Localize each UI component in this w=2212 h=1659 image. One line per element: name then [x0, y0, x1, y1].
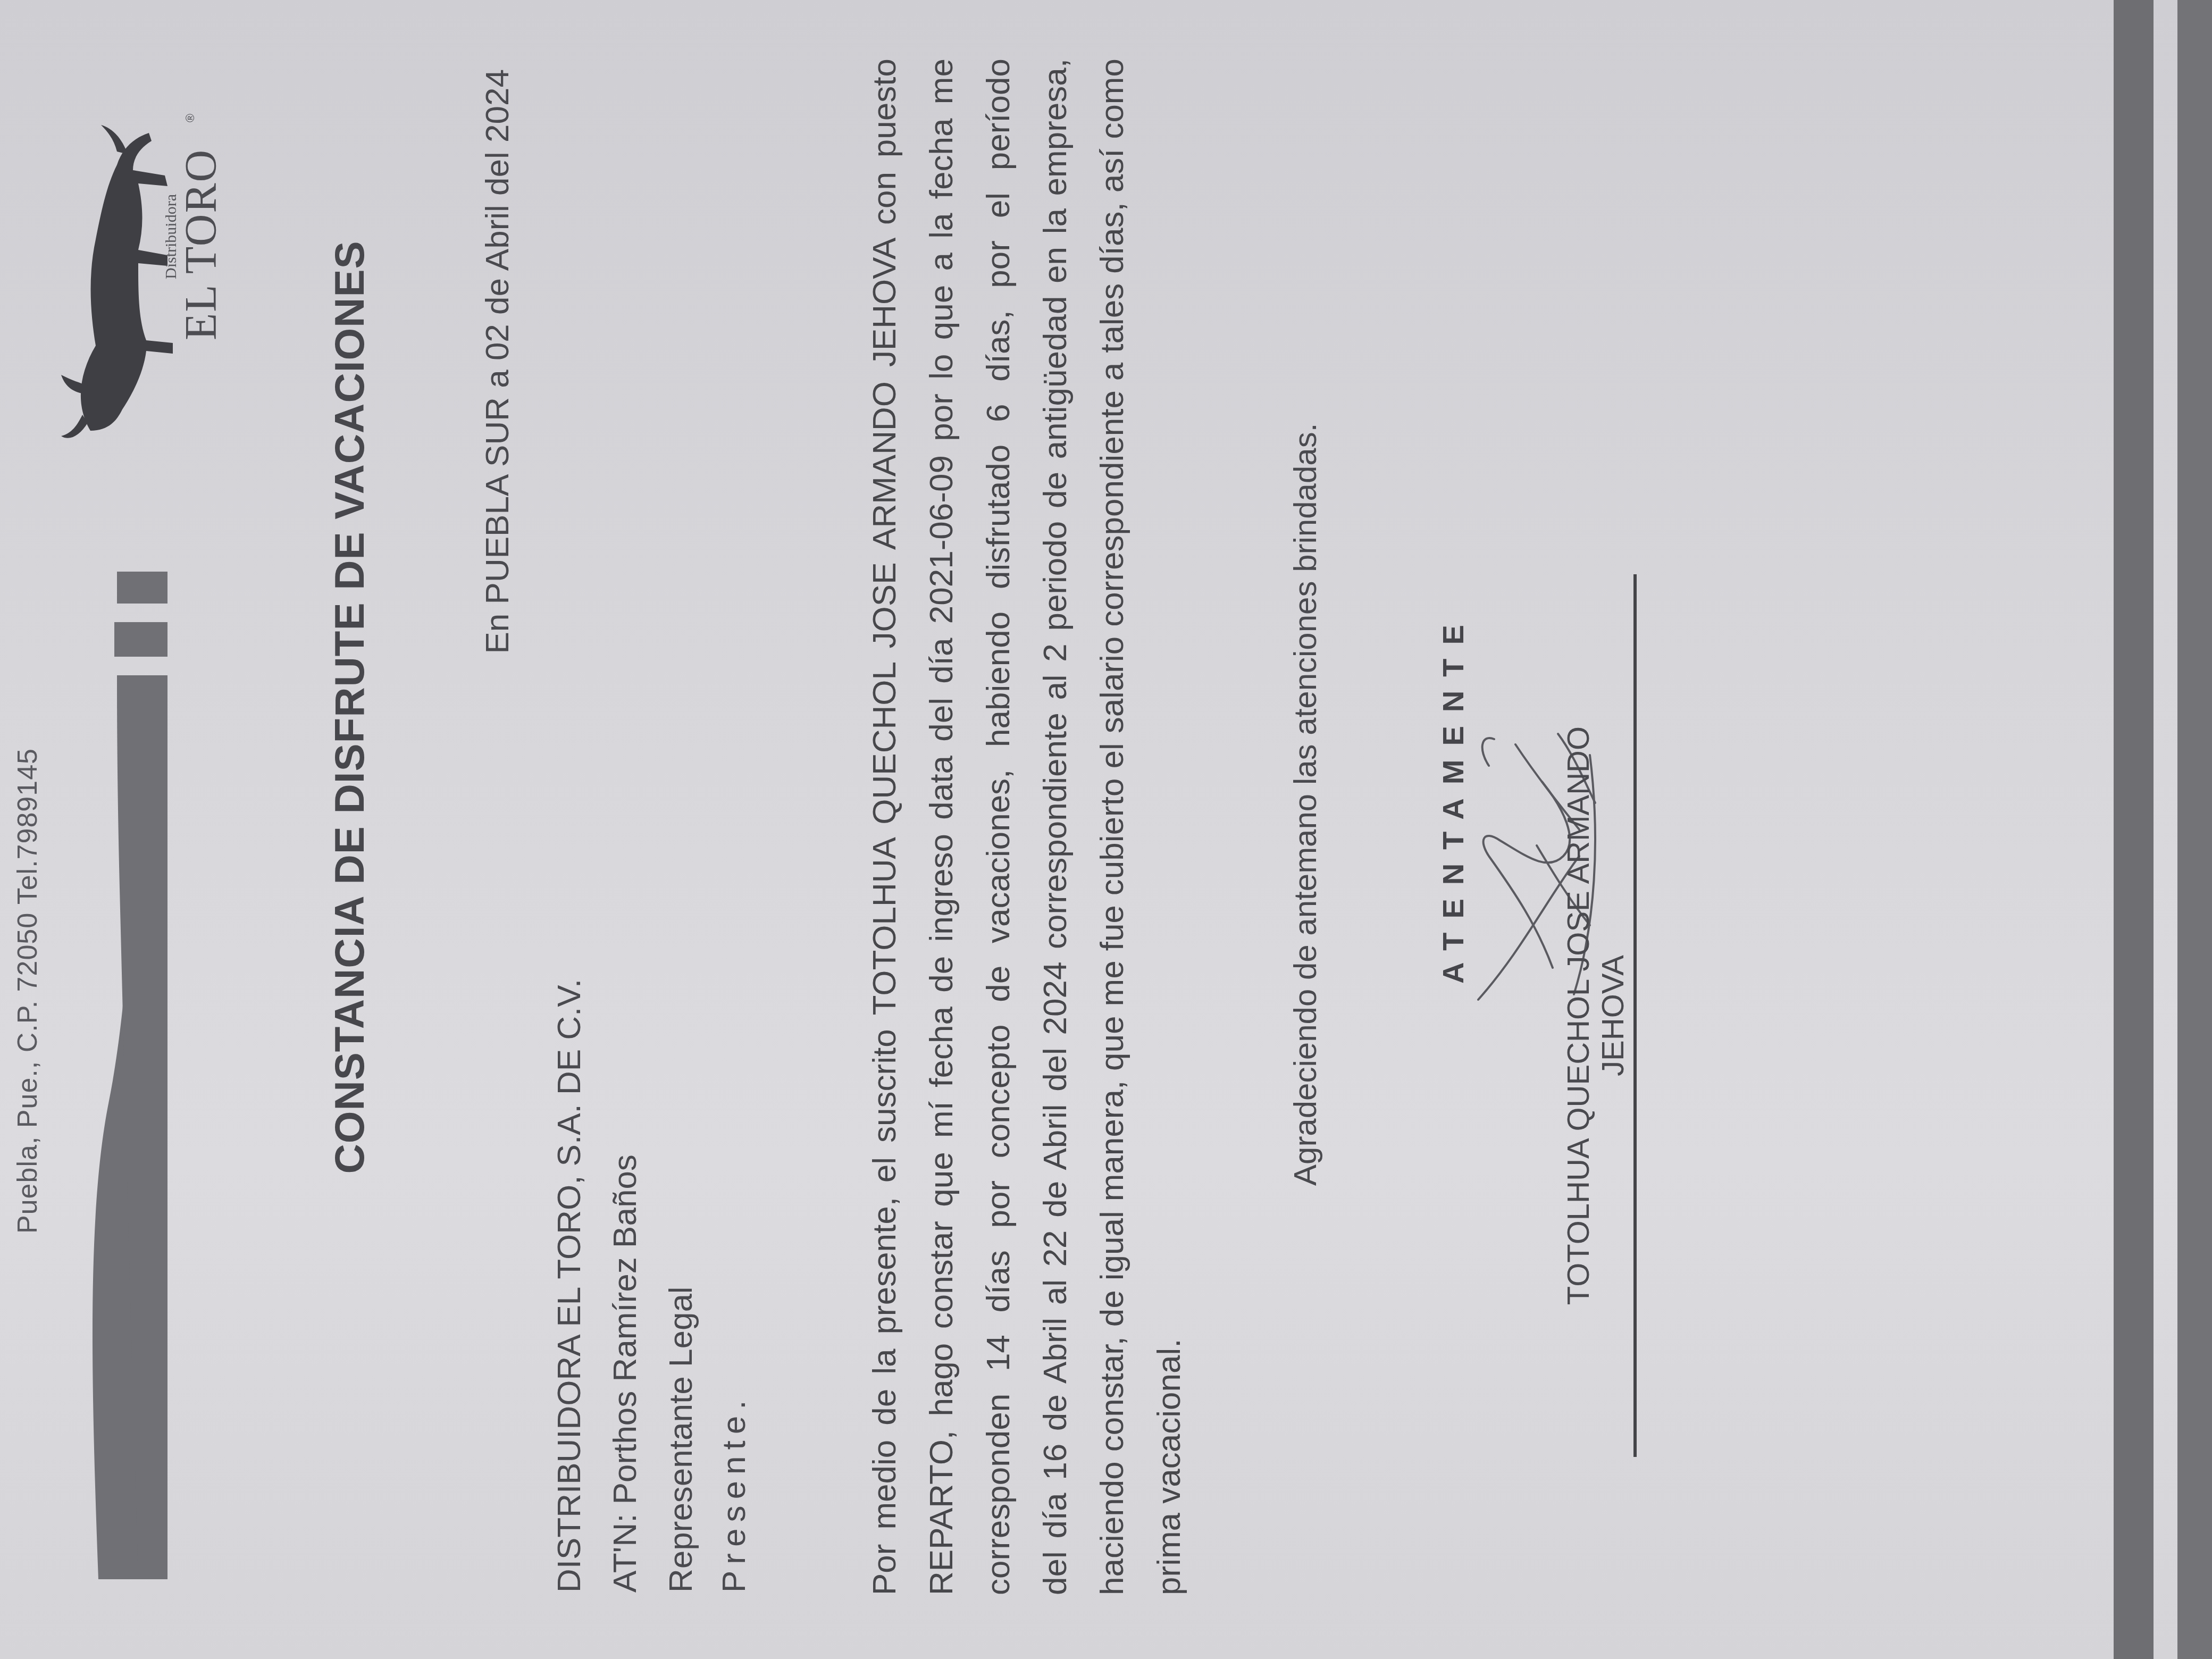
- footer-stripe: [2114, 0, 2154, 1659]
- body-line: haciendo constar, de igual manera, que m…: [1084, 58, 1141, 1595]
- body-line: prima vacacional.: [1141, 58, 1197, 1595]
- addressee-attention: AT'N: Porthos Ramírez Baños: [606, 1154, 644, 1593]
- logo-wordmark: EL TORO: [175, 149, 227, 340]
- footer-stripe: [2177, 0, 2212, 1659]
- letterhead-decorative-bar: [88, 463, 167, 1579]
- signer-name: TOTOLHUA QUECHOL JOSE ARMANDO: [1561, 574, 1596, 1457]
- body-line: REPARTO, hago constar que mí fecha de in…: [913, 58, 970, 1595]
- place-and-date: En PUEBLA SUR a 02 de Abril del 2024: [479, 69, 516, 653]
- letterhead-address: Puebla, Pue., C.P. 72050 Tel.7989145: [12, 748, 44, 1234]
- document-page: Puebla, Pue., C.P. 72050 Tel.7989145 Dis…: [0, 0, 2212, 1659]
- addressee-role: Representante Legal: [662, 1286, 700, 1593]
- addressee-present: Presente.: [715, 1394, 753, 1593]
- addressee-company: DISTRIBUIDORA EL TORO, S.A. DE C.V.: [550, 979, 588, 1593]
- body-line: Por medio de la presente, el suscrito TO…: [856, 58, 913, 1595]
- document-title: CONSTANCIA DE DISFRUTE DE VACACIONES: [325, 0, 374, 1659]
- body-line: del día 16 de Abril al 22 de Abril del 2…: [1027, 58, 1084, 1595]
- body-paragraph: Por medio de la presente, el suscrito TO…: [856, 58, 1197, 1595]
- signer-name-continued: JEHOVA: [1595, 574, 1631, 1457]
- registered-mark: ®: [183, 114, 197, 122]
- closing-line: Agradeciendo de antemano las atenciones …: [1287, 423, 1323, 1186]
- body-line: corresponden 14 días por concepto de vac…: [970, 58, 1027, 1595]
- signature-rule: [1633, 574, 1637, 1457]
